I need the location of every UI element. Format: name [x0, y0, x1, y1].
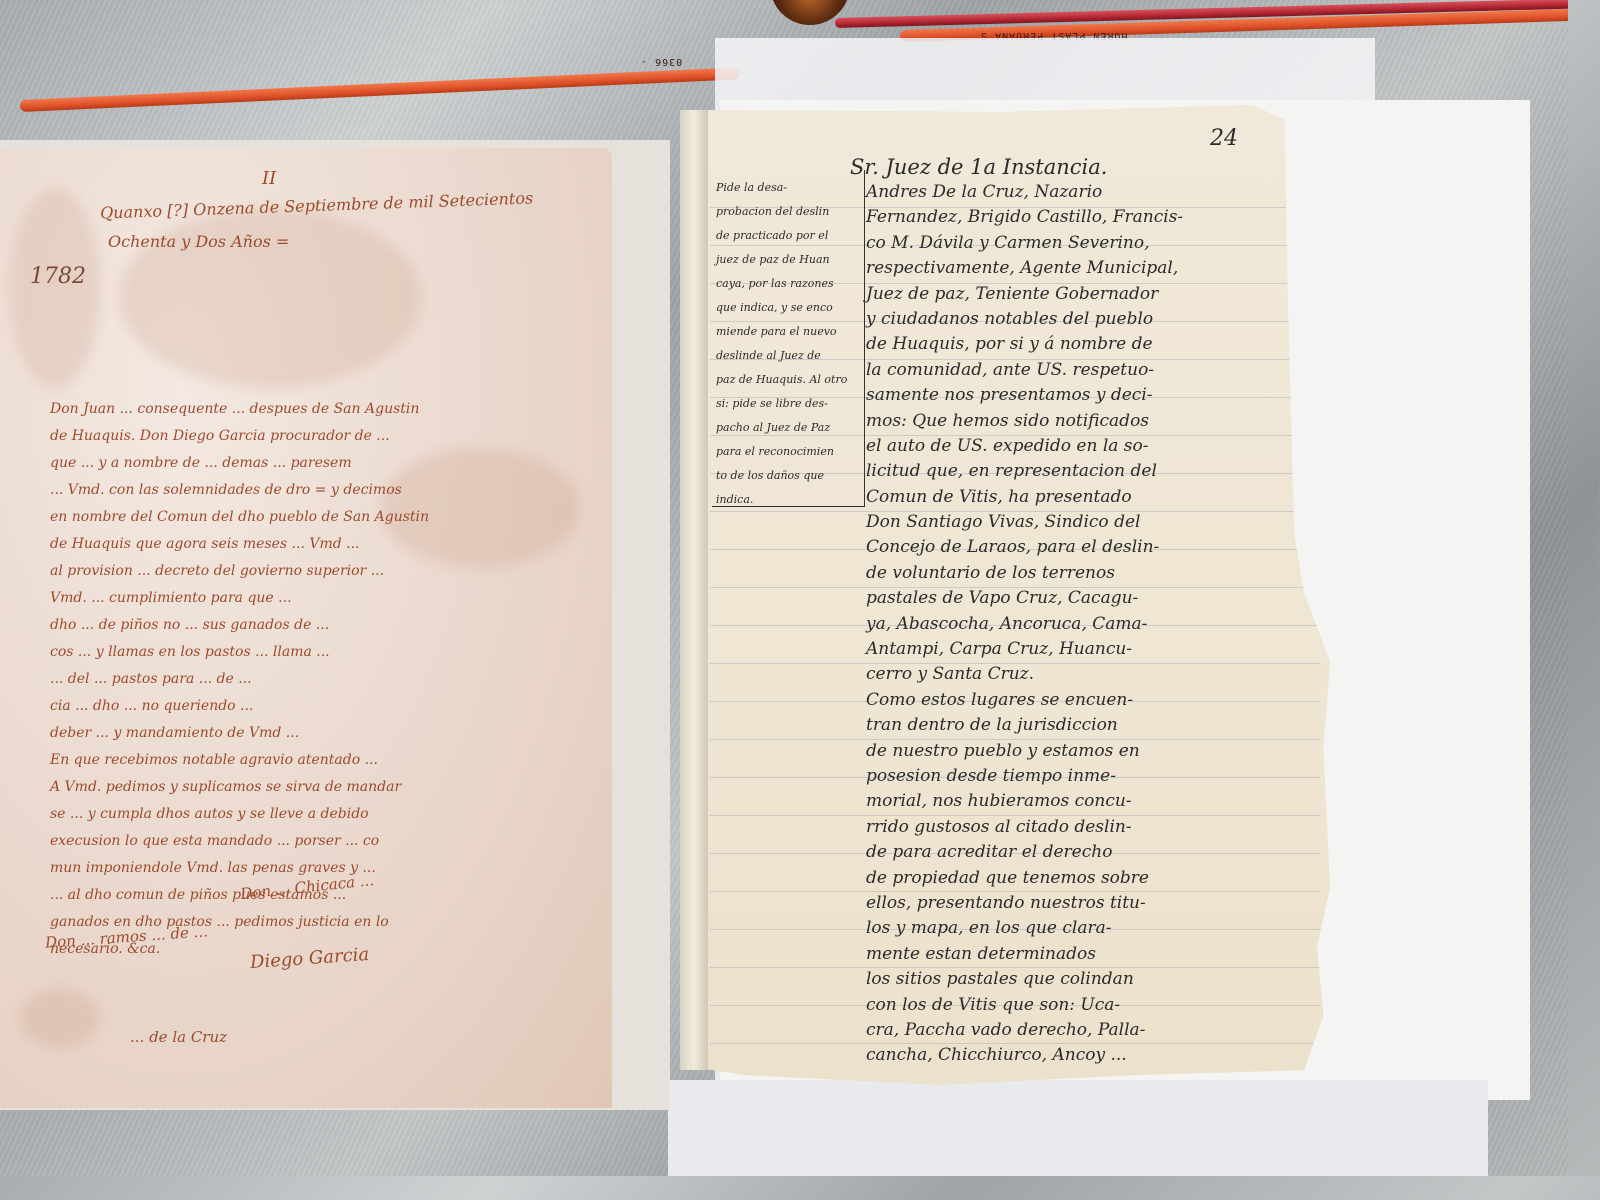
right-body-line: y ciudadanos notables del pueblo	[866, 307, 1336, 332]
margin-note-line: juez de paz de Huan	[716, 248, 866, 272]
margin-note-line: de practicado por el	[716, 224, 866, 248]
folio-mark: II	[262, 168, 276, 189]
right-body-line: Don Santiago Vivas, Sindico del	[866, 510, 1336, 535]
right-body-line: Antampi, Carpa Cruz, Huancu-	[866, 637, 1336, 662]
right-body-line: tran dentro de la jurisdiccion	[866, 713, 1336, 738]
margin-note-line: paz de Huaquis. Al otro	[716, 368, 866, 392]
right-body-line: ya, Abascocha, Ancoruca, Cama-	[866, 612, 1336, 637]
left-body-line: En que recebimos notable agravio atentad…	[50, 747, 605, 774]
left-body-line: deber ... y mandamiento de Vmd ...	[50, 720, 605, 747]
margin-note-line: deslinde al Juez de	[716, 344, 866, 368]
left-body-line: execusion lo que esta mandado ... porser…	[50, 828, 605, 855]
margin-note-line: pacho al Juez de Paz	[716, 416, 866, 440]
right-body-line: cerro y Santa Cruz.	[866, 662, 1336, 687]
year-annotation: 1782	[30, 264, 86, 289]
margin-note-line: que indica, y se enco	[716, 296, 866, 320]
right-body-line: Comun de Vitis, ha presentado	[866, 485, 1336, 510]
margin-note-line: caya, por las razones	[716, 272, 866, 296]
page-number: 24	[1210, 126, 1238, 151]
left-body-line: que ... y a nombre de ... demas ... pare…	[50, 450, 605, 477]
left-body-line: de Huaquis. Don Diego Garcia procurador …	[50, 423, 605, 450]
margin-note-line: Pide la desa-	[716, 176, 866, 200]
left-body-line: ... Vmd. con las solemnidades de dro = y…	[50, 477, 605, 504]
left-body-line: dho ... de piños no ... sus ganados de .…	[50, 612, 605, 639]
right-body-line: la comunidad, ante US. respetuo-	[866, 358, 1336, 383]
left-body-line: se ... y cumpla dhos autos y se lleve a …	[50, 801, 605, 828]
conservation-tissue-bottom	[668, 1080, 1488, 1176]
right-body-line: respectivamente, Agente Municipal,	[866, 256, 1336, 281]
right-body-line: morial, nos hubieramos concu-	[866, 789, 1336, 814]
margin-note-line: si: pide se libre des-	[716, 392, 866, 416]
right-body-line: mente estan determinados	[866, 942, 1336, 967]
right-body-line: Juez de paz, Teniente Gobernador	[866, 282, 1336, 307]
left-body-line: en nombre del Comun del dho pueblo de Sa…	[50, 504, 605, 531]
right-body-line: Concejo de Laraos, para el deslin-	[866, 535, 1336, 560]
left-body-line: ... del ... pastos para ... de ...	[50, 666, 605, 693]
right-body-line: licitud que, en representacion del	[866, 459, 1336, 484]
right-body-line: Andres De la Cruz, Nazario	[866, 180, 1336, 205]
right-body-line: Fernandez, Brigido Castillo, Francis-	[866, 205, 1336, 230]
left-manuscript-page: II Quanxo [?] Onzena de Septiembre de mi…	[0, 148, 612, 1108]
right-page-spine	[680, 110, 708, 1070]
left-body-line: A Vmd. pedimos y suplicamos se sirva de …	[50, 774, 605, 801]
left-body-line: cos ... y llamas en los pastos ... llama…	[50, 639, 605, 666]
right-body-line: los sitios pastales que colindan	[866, 967, 1336, 992]
right-body-line: con los de Vitis que son: Uca-	[866, 993, 1336, 1018]
right-document-body: Andres De la Cruz, NazarioFernandez, Bri…	[866, 180, 1336, 1069]
right-body-line: co M. Dávila y Carmen Severino,	[866, 231, 1336, 256]
rod-label-lower: 0366 -	[640, 56, 682, 67]
left-body-line: al provision ... decreto del govierno su…	[50, 558, 605, 585]
right-body-line: de propiedad que tenemos sobre	[866, 866, 1336, 891]
margin-note-line: para el reconocimien	[716, 440, 866, 464]
left-body-line: Vmd. ... cumplimiento para que ...	[50, 585, 605, 612]
right-body-line: mos: Que hemos sido notificados	[866, 409, 1336, 434]
right-body-line: ellos, presentando nuestros titu-	[866, 891, 1336, 916]
left-body-line: Don Juan ... consequente ... despues de …	[50, 396, 605, 423]
right-body-line: Como estos lugares se encuen-	[866, 688, 1336, 713]
right-body-line: cancha, Chicchiurco, Ancoy ...	[866, 1043, 1336, 1068]
margin-note: Pide la desa-probacion del deslinde prac…	[716, 176, 866, 512]
margin-note-line: probacion del deslin	[716, 200, 866, 224]
left-body-line: cia ... dho ... no queriendo ...	[50, 693, 605, 720]
right-body-line: rrido gustosos al citado deslin-	[866, 815, 1336, 840]
margin-note-line: to de los daños que	[716, 464, 866, 488]
document-heading-line-2: Ochenta y Dos Años =	[108, 232, 289, 251]
right-body-line: de para acreditar el derecho	[866, 840, 1336, 865]
right-body-line: posesion desde tiempo inme-	[866, 764, 1336, 789]
right-body-line: los y mapa, en los que clara-	[866, 916, 1336, 941]
right-body-line: de Huaquis, por si y á nombre de	[866, 332, 1336, 357]
right-body-line: de voluntario de los terrenos	[866, 561, 1336, 586]
left-body-line: de Huaquis que agora seis meses ... Vmd …	[50, 531, 605, 558]
margin-note-line: indica.	[716, 488, 866, 512]
right-body-line: pastales de Vapo Cruz, Cacagu-	[866, 586, 1336, 611]
margin-note-line: miende para el nuevo	[716, 320, 866, 344]
right-body-line: samente nos presentamos y deci-	[866, 383, 1336, 408]
signature-4: ... de la Cruz	[130, 1028, 227, 1046]
right-body-line: de nuestro pueblo y estamos en	[866, 739, 1336, 764]
right-body-line: cra, Paccha vado derecho, Palla-	[866, 1018, 1336, 1043]
right-body-line: el auto de US. expedido en la so-	[866, 434, 1336, 459]
salutation: Sr. Juez de 1a Instancia.	[850, 155, 1107, 179]
